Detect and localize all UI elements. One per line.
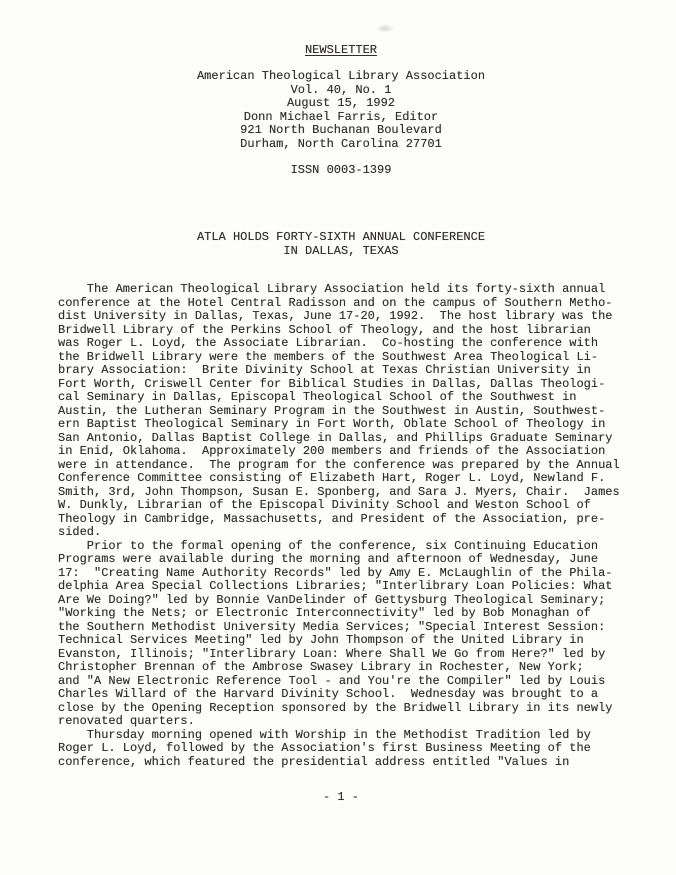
article-body: The American Theological Library Associa… <box>58 283 624 769</box>
issn-line: ISSN 0003-1399 <box>58 164 624 178</box>
text-column: NEWSLETTER American Theological Library … <box>58 0 624 875</box>
scanned-newsletter-page: NEWSLETTER American Theological Library … <box>0 0 676 875</box>
page-number: - 1 - <box>58 791 624 805</box>
masthead-address-block: American Theological Library Association… <box>58 70 624 151</box>
article-title: ATLA HOLDS FORTY-SIXTH ANNUAL CONFERENCE… <box>58 231 624 258</box>
newsletter-masthead-title: NEWSLETTER <box>58 44 624 58</box>
